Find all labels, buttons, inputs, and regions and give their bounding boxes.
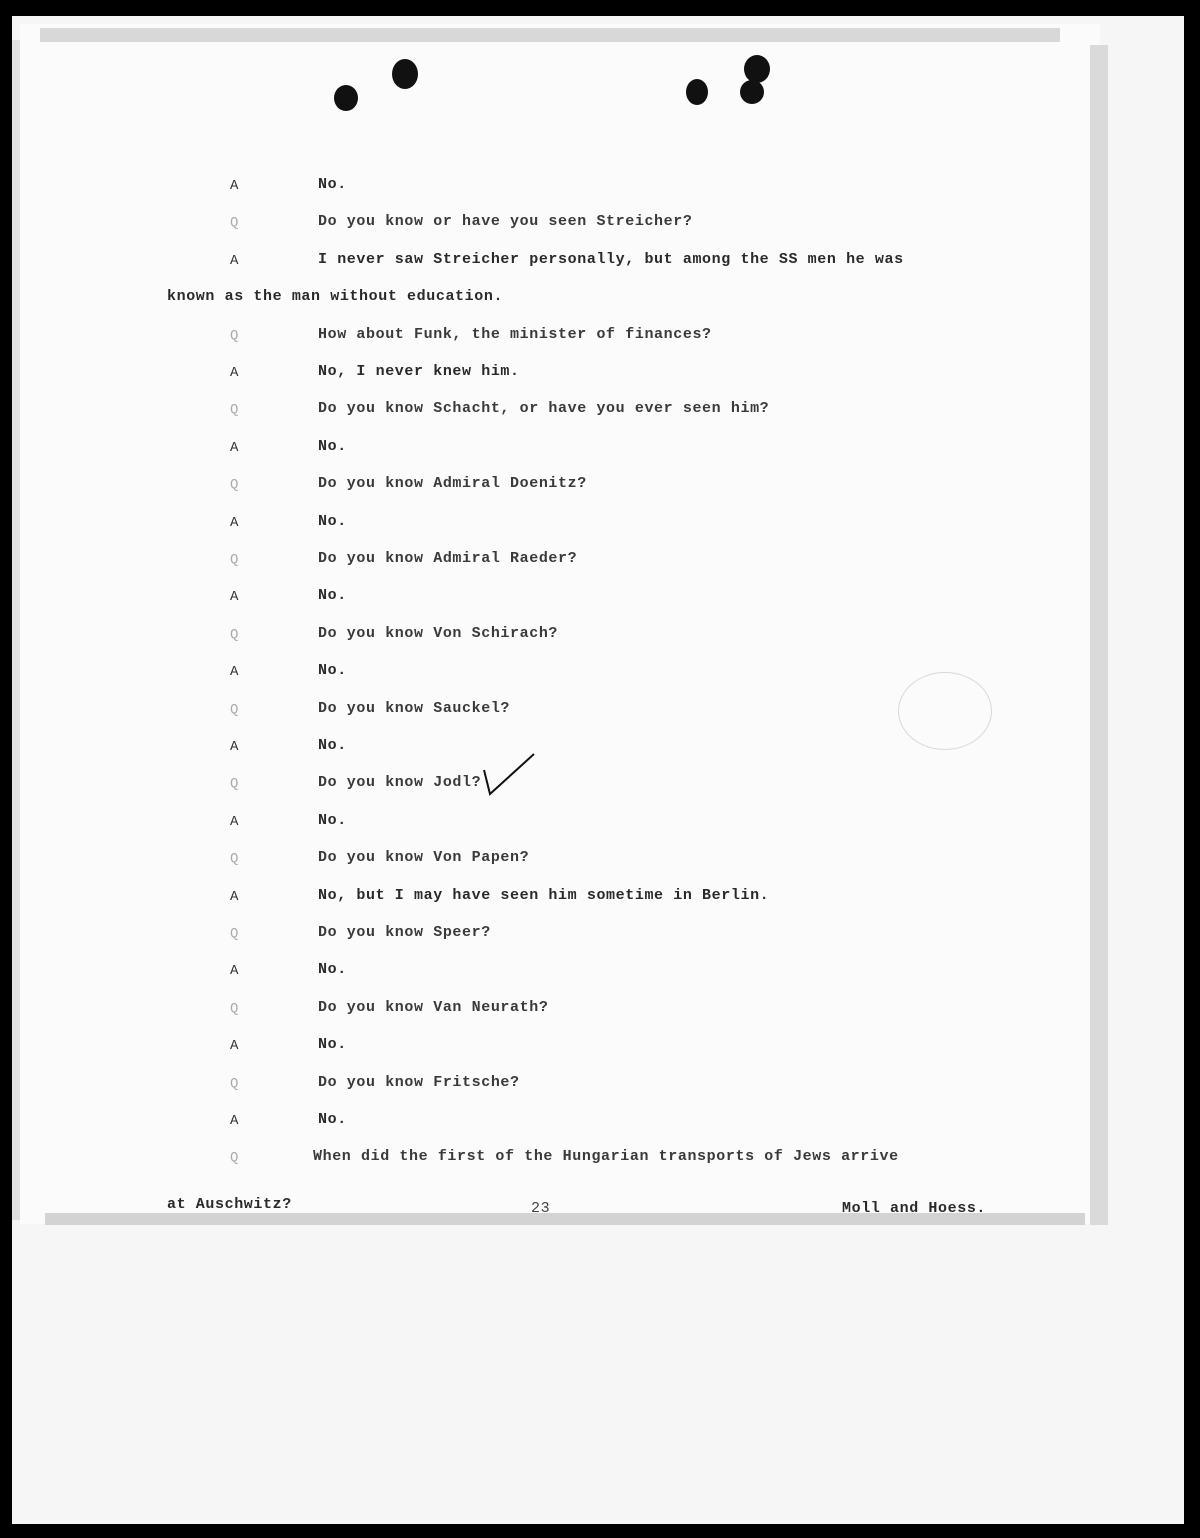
footer-names: Moll and Hoess.	[842, 1200, 986, 1217]
punch-hole	[392, 59, 418, 89]
speaker-label: Q	[230, 776, 238, 792]
speaker-label: Q	[230, 627, 238, 643]
punch-hole	[740, 80, 764, 104]
speaker-label: A	[230, 178, 238, 194]
answer-text: I never saw Streicher personally, but am…	[318, 251, 904, 268]
speaker-label: Q	[230, 1076, 238, 1092]
speaker-label: Q	[230, 215, 238, 231]
question-text: When did the first of the Hungarian tran…	[313, 1148, 899, 1165]
speaker-label: Q	[230, 1001, 238, 1017]
punch-hole	[334, 85, 358, 111]
answer-text: No.	[318, 737, 347, 754]
punch-hole	[744, 55, 770, 83]
answer-text: No.	[318, 662, 347, 679]
speaker-label: A	[230, 963, 238, 979]
speaker-label: Q	[230, 926, 238, 942]
question-text: Do you know Sauckel?	[318, 700, 510, 717]
speaker-label: Q	[230, 328, 238, 344]
speaker-label: A	[230, 889, 238, 905]
question-text: Do you know or have you seen Streicher?	[318, 213, 692, 230]
answer-text: No, but I may have seen him sometime in …	[318, 887, 769, 904]
question-text: Do you know Schacht, or have you ever se…	[318, 400, 769, 417]
answer-text: No.	[318, 176, 347, 193]
speaker-label: A	[230, 739, 238, 755]
continuation-text: at Auschwitz?	[167, 1196, 292, 1213]
question-text: Do you know Admiral Doenitz?	[318, 475, 587, 492]
answer-text: No.	[318, 438, 347, 455]
faint-circular-stamp	[898, 672, 992, 750]
speaker-label: A	[230, 589, 238, 605]
speaker-label: Q	[230, 1150, 238, 1166]
question-text: Do you know Von Schirach?	[318, 625, 558, 642]
answer-text: No.	[318, 1036, 347, 1053]
speaker-label: A	[230, 664, 238, 680]
question-text: Do you know Jodl?	[318, 774, 481, 791]
answer-text: No.	[318, 587, 347, 604]
speaker-label: A	[230, 253, 238, 269]
speaker-label: A	[230, 515, 238, 531]
question-text: Do you know Fritsche?	[318, 1074, 520, 1091]
sheet-edge-shadow-top	[40, 28, 1060, 42]
answer-text: No.	[318, 1111, 347, 1128]
speaker-label: A	[230, 365, 238, 381]
punch-hole	[686, 79, 708, 105]
answer-text: No, I never knew him.	[318, 363, 520, 380]
answer-text: No.	[318, 513, 347, 530]
speaker-label: A	[230, 814, 238, 830]
question-text: Do you know Speer?	[318, 924, 491, 941]
speaker-label: Q	[230, 402, 238, 418]
handwritten-checkmark-icon	[478, 752, 538, 802]
question-text: Do you know Admiral Raeder?	[318, 550, 577, 567]
question-text: Do you know Von Papen?	[318, 849, 529, 866]
footer-page-number: 23	[531, 1200, 550, 1217]
speaker-label: Q	[230, 552, 238, 568]
question-text: Do you know Van Neurath?	[318, 999, 548, 1016]
question-text: How about Funk, the minister of finances…	[318, 326, 712, 343]
answer-text: No.	[318, 812, 347, 829]
speaker-label: A	[230, 1113, 238, 1129]
answer-text: No.	[318, 961, 347, 978]
speaker-label: A	[230, 440, 238, 456]
continuation-text: known as the man without education.	[167, 288, 503, 305]
speaker-label: Q	[230, 477, 238, 493]
document-sheet	[20, 24, 1100, 1224]
speaker-label: Q	[230, 851, 238, 867]
speaker-label: A	[230, 1038, 238, 1054]
sheet-edge-shadow-right	[1090, 45, 1108, 1225]
speaker-label: Q	[230, 702, 238, 718]
